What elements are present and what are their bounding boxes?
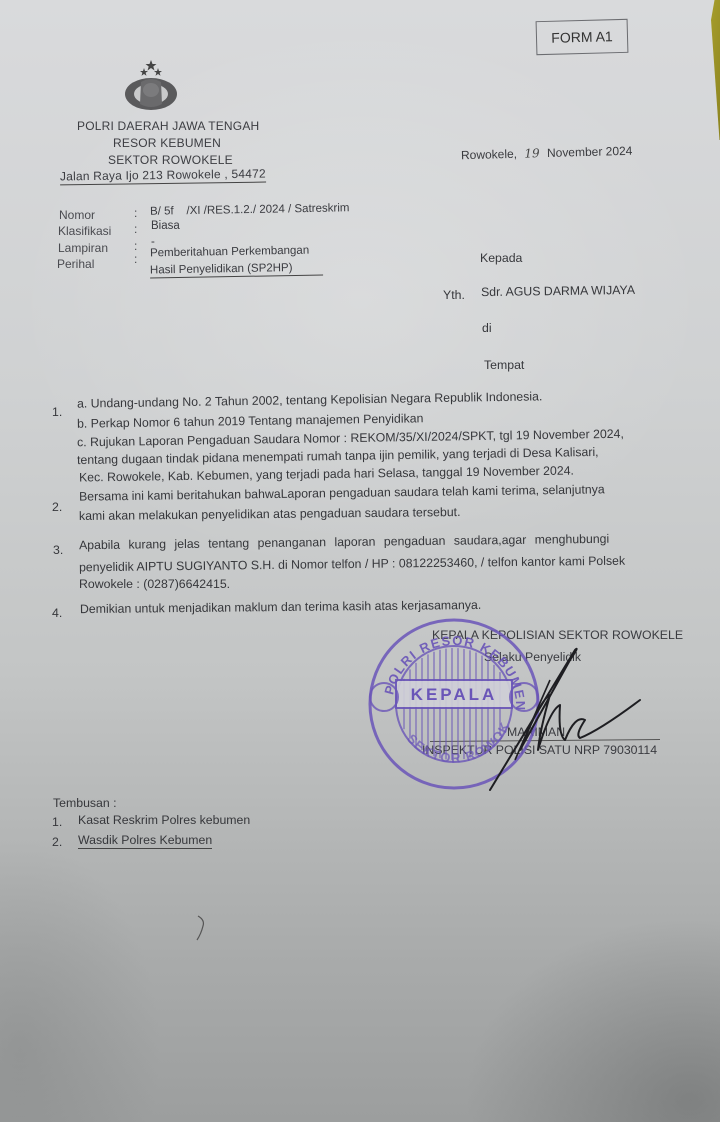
lampiran-sep: : [134, 239, 137, 253]
tembusan-1-text: Kasat Reskrim Polres kebumen [78, 813, 250, 827]
handwritten-signature [400, 640, 660, 800]
background-edge [694, 0, 720, 140]
nomor-rest: /XI /RES.1.2./ 2024 / Satreskrim [186, 202, 349, 217]
klasifikasi-value: Biasa [151, 220, 180, 232]
lampiran-label: Lampiran [58, 241, 108, 255]
perihal-line1: Pemberitahuan Perkembangan [150, 245, 309, 260]
klasifikasi-label: Klasifikasi [58, 224, 111, 238]
item1-a: a. Undang-undang No. 2 Tahun 2002, tenta… [77, 389, 543, 410]
recipient-name: Sdr. AGUS DARMA WIJAYA [481, 283, 635, 299]
handwritten-day: 19 [524, 146, 540, 160]
item2-line1: Bersama ini kami beritahukan bahwaLapora… [79, 482, 605, 503]
item1-b: b. Perkap Nomor 6 tahun 2019 Tentang man… [77, 411, 424, 430]
form-label-box: FORM A1 [536, 19, 629, 55]
nomor-prefix: B/ 5f [150, 205, 174, 217]
item3-line3: Rowokele : (0287)6642415. [79, 577, 230, 591]
klasifikasi-sep: : [134, 222, 137, 236]
pen-mark [195, 914, 209, 949]
letterhead-address: Jalan Raya Ijo 213 Rowokele , 54472 [60, 167, 266, 186]
item1-number: 1. [52, 405, 62, 419]
yth-label: Yth. [443, 288, 465, 302]
month-year: November 2024 [547, 144, 633, 160]
perihal-sep: : [134, 252, 137, 266]
nomor-label: Nomor [59, 208, 95, 222]
item2-number: 2. [52, 500, 62, 514]
tembusan-label: Tembusan : [53, 796, 117, 810]
letterhead-line1: POLRI DAERAH JAWA TENGAH [77, 119, 259, 133]
item4-number: 4. [52, 606, 62, 620]
nomor-sep: : [134, 206, 137, 220]
item3-number: 3. [53, 543, 63, 557]
police-emblem-icon [122, 58, 180, 114]
item3-line1: Apabila kurang jelas tentang penanganan … [79, 532, 609, 552]
item3-line2: penyelidik AIPTU SUGIYANTO S.H. di Nomor… [79, 554, 625, 575]
letterhead-line3: SEKTOR ROWOKELE [108, 153, 233, 167]
place-date: Rowokele, 19 November 2024 [461, 144, 633, 162]
letterhead-line2: RESOR KEBUMEN [113, 136, 221, 150]
kepada-label: Kepada [480, 251, 522, 265]
recipient-di: di [482, 321, 492, 335]
place: Rowokele, [461, 147, 517, 162]
lampiran-value: - [151, 236, 155, 248]
recipient-place: Tempat [484, 358, 524, 372]
tembusan-2-number: 2. [52, 835, 62, 849]
item1-c3: Kec. Rowokele, Kab. Kebumen, yang terjad… [79, 464, 574, 485]
form-label: FORM A1 [551, 28, 613, 46]
perihal-line2: Hasil Penyelidikan (SP2HP) [150, 261, 323, 278]
item2-line2: kami akan melakukan penyelidikan atas pe… [79, 505, 461, 523]
nomor-value: B/ 5f /XI /RES.1.2./ 2024 / Satreskrim [150, 202, 350, 217]
tembusan-1-number: 1. [52, 815, 62, 829]
tembusan-2-text: Wasdik Polres Kebumen [78, 833, 212, 849]
perihal-label: Perihal [57, 257, 94, 271]
